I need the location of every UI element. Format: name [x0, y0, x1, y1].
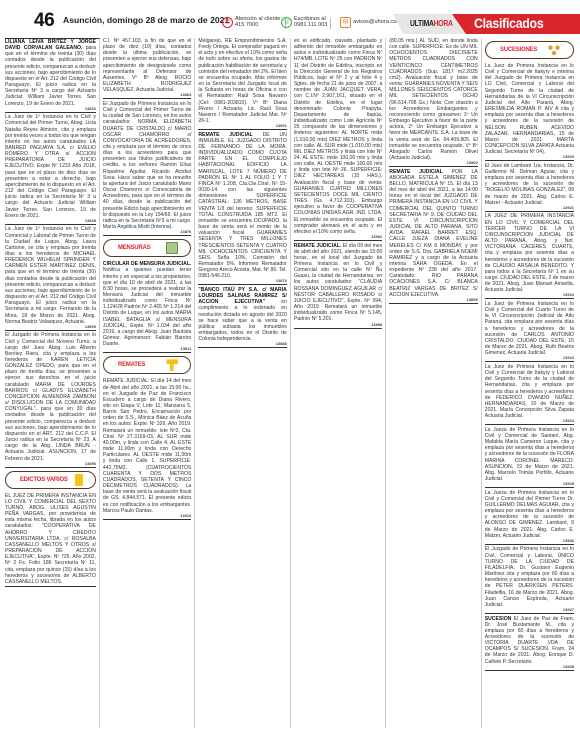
edict-text: La Jueza de Primera Instancia en lo Civi… — [485, 427, 574, 482]
edict-text: La Juez de Primera Instancia en lo Civil… — [485, 301, 574, 356]
edict-code: 13910 — [103, 514, 191, 518]
whatsapp-icon: ☏ — [281, 17, 292, 28]
edict-code: 13870 — [198, 279, 286, 283]
edict-text: DE UN INMUEBLE. EL JUZGADO DISTRITO DE F… — [198, 132, 286, 280]
edict: La Jueza de Primera Instancia en lo Civi… — [485, 490, 574, 545]
edict-code: 13811 — [103, 347, 191, 351]
edict: La Juez de 1º Instancia en lo Civil y Co… — [5, 226, 96, 331]
edict-text: LA JUEZ DE PRIMERA INSTANCIA EN LO CIVIL… — [485, 213, 574, 293]
edict: EL JUEZ DE PRIMERA INSTANCIA EN LO CIVIL… — [5, 493, 96, 587]
edict-text: en cumplimiento a lo ordenado en resoluc… — [198, 299, 286, 342]
edict: El Juez de Lambaré 1ra. Instancia, Dr. G… — [485, 163, 574, 212]
edict-code: 13924 — [485, 419, 574, 423]
edict: LA JUEZ DE PRIMERA INSTANCIA EN LO CIVIL… — [485, 213, 574, 299]
edict: El Juzgado de Primera Instancia en lo Ci… — [5, 332, 96, 467]
edict-text: en el edificado, clavado, plantado y adh… — [294, 38, 382, 235]
edict: REMATE JUDICIAL POR LA ABOGADA ESTELA GI… — [389, 169, 477, 304]
column-3: Melgarejo, RE Emprendimientos S.A. Fredy… — [195, 38, 290, 728]
edict: C.I. Nº 457.103, a fin de que en el plaz… — [103, 38, 191, 99]
edict-code: 13876 — [103, 230, 191, 234]
edict-text: La Juez de 1º Instancia en lo Civil y Co… — [5, 226, 96, 324]
edict-text: La Jueza de Primera Instancia en lo Civi… — [485, 490, 574, 539]
classifieds-columns: LILIANA LEIVA BRITEZ Y JORGE DAVID CORVA… — [5, 38, 577, 728]
section-label: MENSURAS — [118, 245, 151, 251]
edict: CIRCULAR DE MENSURA JUDICIAL. Notifica a… — [103, 261, 191, 353]
edict-code: 13920 — [485, 155, 574, 159]
edict: REMATE JUDICIAL. El día 09 del mes de ab… — [294, 243, 382, 329]
edict-text: El Juzgado de Primera Instancia en lo Ci… — [5, 332, 96, 461]
section-label: EDICTOS VARIOS — [20, 477, 68, 483]
edict-code: 13921 — [485, 206, 574, 210]
edictos-icon — [75, 474, 83, 486]
contact-whatsapp-value: 0981 111 003 — [294, 22, 327, 28]
edict: El Juzgado de Primera Instancia en lo Ci… — [485, 546, 574, 614]
logo-hora: HORA — [434, 19, 453, 28]
edict: La Jueza de Primera Instancia en lo Civi… — [485, 427, 574, 488]
column-1: LILIANA LEIVA BRITEZ Y JORGE DAVID CORVA… — [5, 38, 100, 728]
people-icon — [547, 44, 561, 56]
edict-code: 13863 — [103, 93, 191, 97]
map-icon — [166, 242, 178, 254]
edict-code: 13888 — [198, 342, 286, 346]
edict-text: (80,05 mts.) AL SUD, en donde linda con … — [389, 38, 477, 161]
edict-text: El día 09 del mes de abril del año 2021,… — [294, 243, 382, 323]
edict-code: 13845 — [5, 219, 96, 223]
edict-code: 13902 — [294, 235, 382, 239]
edict-code: 13895 — [389, 298, 477, 302]
edict-text: EL JUEZ DE PRIMERA INSTANCIA EN LO CIVIL… — [5, 493, 96, 585]
phone-icon: ✆ — [222, 17, 233, 28]
edict-text: El Juez de Paz de Fram, Dr. José Bustama… — [485, 616, 574, 665]
edict-text: El Juzgado de Primera Instancia en lo Ci… — [103, 101, 191, 230]
edict-text: El Juzgado de Primera Instancia en lo Ci… — [485, 546, 574, 607]
edict-code: 13928 — [485, 665, 574, 669]
edict: La Juez de Primera Instancia en lo Civil… — [485, 63, 574, 161]
edict: Melgarejo, RE Emprendimientos S.A. Fredy… — [198, 38, 286, 130]
contact-whatsapp[interactable]: ☏ Escribinos al 0981 111 003 — [281, 14, 327, 30]
edict-text: REMATE JUDICIAL: El día 14 del mes de Ab… — [103, 378, 191, 513]
contact-phone-value: 415 7000 — [235, 22, 282, 28]
edict-code: 13922 — [485, 293, 574, 297]
contact-phone[interactable]: ✆ Atención al cliente: 415 7000 — [222, 14, 282, 30]
edict: REMATE JUDICIAL: El día 14 del mes de Ab… — [103, 378, 191, 519]
edict-text: Notifica a quienes puedan tener interés … — [103, 267, 191, 347]
edict-text: C.I. Nº 457.103, a fin de que en el plaz… — [103, 38, 191, 93]
edict: (80,05 mts.) AL SUD, en donde linda con … — [389, 38, 477, 167]
edict-name: REMATE JUDICIAL — [389, 169, 442, 175]
edict: La Juez de Primera Instancia en lo Civil… — [485, 301, 574, 362]
edict-code: 13898 — [294, 323, 382, 327]
mail-icon: ✉ — [340, 17, 351, 28]
edict-text: La Juez de 1º Instancia en lo Civil y Co… — [5, 114, 96, 219]
edict-name: REMATE JUDICIAL. — [294, 243, 341, 249]
edict: en el edificado, clavado, plantado y adh… — [294, 38, 382, 241]
edict-name: REMATE JUDICIAL — [198, 132, 252, 138]
column-2: C.I. Nº 457.103, a fin de que en el plaz… — [100, 38, 195, 728]
edict: LILIANA LEIVA BRITEZ Y JORGE DAVID CORVA… — [5, 39, 96, 113]
section-header-mensuras: MENSURAS — [103, 239, 191, 257]
edict-code: 13832 — [5, 107, 96, 111]
edict-code: 13923 — [485, 356, 574, 360]
edict-text: La Juez de Primera Instancia en lo Civil… — [485, 63, 574, 155]
column-4: en el edificado, clavado, plantado y adh… — [291, 38, 386, 728]
edict-code: 13925 — [485, 482, 574, 486]
edict: SUCESION El Juez de Paz de Fram, Dr. Jos… — [485, 616, 574, 671]
edict-code: 13901 — [198, 124, 286, 128]
edict-text: El Juez de Lambaré 1ra. Instancia, Dr. G… — [485, 163, 574, 206]
edict: REMATE JUDICIAL DE UN INMUEBLE. EL JUZGA… — [198, 132, 286, 286]
section-header-sucesiones: SUCESIONES — [485, 41, 574, 59]
edict: "BANCO ITAÚ PY S.A. c/ MARIA LOURDES SAL… — [198, 287, 286, 348]
column-5: (80,05 mts.) AL SUD, en donde linda con … — [386, 38, 481, 728]
edict: La Juez de Primera Instancia en lo Civil… — [485, 364, 574, 425]
edict-code: 13927 — [485, 608, 574, 612]
section-header-edictos-varios: EDICTOS VARIOS — [5, 471, 96, 489]
gavel-icon — [166, 359, 178, 371]
divider — [330, 18, 331, 29]
edict: El Juzgado de Primera Instancia en lo Ci… — [103, 101, 191, 236]
section-label: REMATES — [118, 362, 145, 368]
edict-code: 13900 — [389, 161, 477, 165]
section-header-remates: REMATES — [103, 356, 191, 374]
column-6: SUCESIONES La Juez de Primera Instancia … — [482, 38, 577, 728]
edict-text: POR LA ABOGADA ESTELA GIMENEZ DE BELLO, … — [389, 169, 477, 298]
page-date: Asunción, domingo 28 de marzo de 2021 — [63, 15, 229, 25]
logo-ultima: ULTIMA — [410, 19, 434, 28]
edict-text: Melgarejo, RE Emprendimientos S.A. Fredy… — [198, 38, 286, 124]
edict-name: SUCESION — [485, 616, 512, 622]
page-number: 46 — [34, 10, 54, 32]
edict-name: CIRCULAR DE MENSURA JUDICIAL. — [103, 261, 191, 267]
edict-code: 13926 — [485, 539, 574, 543]
section-label: SUCESIONES — [500, 47, 537, 53]
edict-code: 13896 — [5, 462, 96, 466]
edict-text: para que en el término de treinta (30) d… — [5, 45, 96, 106]
edict-text: La Juez de Primera Instancia en lo Civil… — [485, 364, 574, 419]
edict: La Juez de 1º Instancia en lo Civil y Co… — [5, 114, 96, 225]
section-title: Clasificados — [474, 15, 543, 31]
edict-code: 13899 — [5, 325, 96, 329]
page-header: 46 Asunción, domingo 28 de marzo de 2021… — [0, 0, 580, 34]
ultimahora-logo: ULTIMAHORA — [410, 19, 453, 28]
